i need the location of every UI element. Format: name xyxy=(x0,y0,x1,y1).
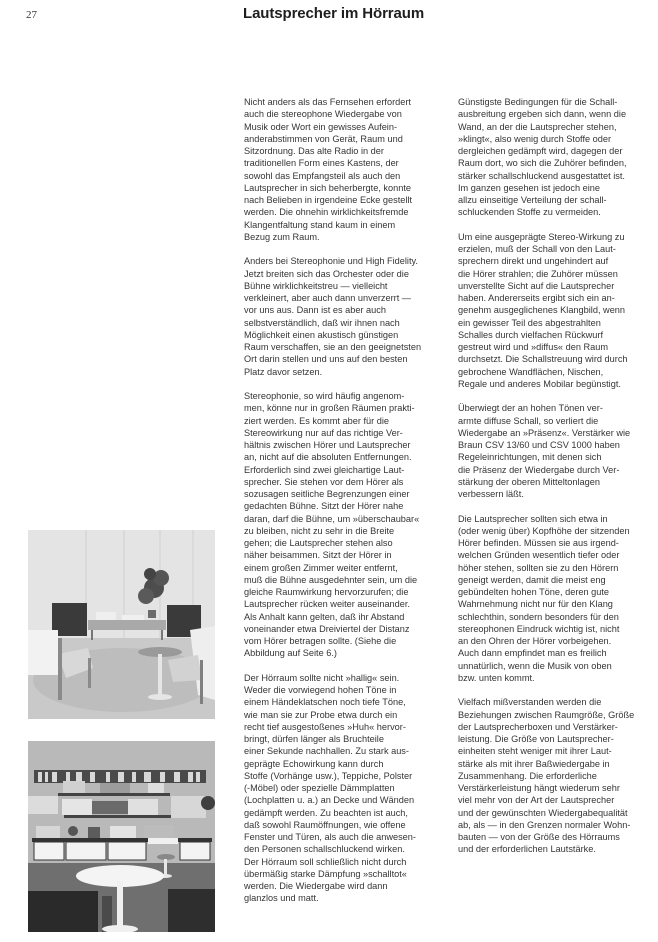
page-title: Lautsprecher im Hörraum xyxy=(243,5,424,22)
living-room-speakers-photo xyxy=(28,530,215,719)
left-text-column: Nicht anders als das Fernsehen erfordert… xyxy=(244,96,449,917)
paragraph: Günstigste Bedingungen für die Schall- a… xyxy=(458,96,658,219)
living-room-image xyxy=(28,530,215,719)
paragraph: Um eine ausgeprägte Stereo-Wirkung zu er… xyxy=(458,231,658,390)
shelving-image xyxy=(28,741,215,932)
wall-shelving-unit-photo xyxy=(28,741,215,932)
paragraph: Nicht anders als das Fernsehen erfordert… xyxy=(244,96,449,243)
paragraph: Vielfach mißverstanden werden die Bezieh… xyxy=(458,696,658,855)
paragraph: Der Hörraum sollte nicht »hallig« sein. … xyxy=(244,672,449,905)
paragraph: Anders bei Stereophonie und High Fidelit… xyxy=(244,255,449,378)
page-number: 27 xyxy=(26,9,37,21)
right-text-column: Günstigste Bedingungen für die Schall- a… xyxy=(458,96,658,868)
paragraph: Stereophonie, so wird häufig angenom- me… xyxy=(244,390,449,660)
paragraph: Die Lautsprecher sollten sich etwa in (o… xyxy=(458,513,658,685)
paragraph: Überwiegt der an hohen Tönen ver- armte … xyxy=(458,402,658,500)
